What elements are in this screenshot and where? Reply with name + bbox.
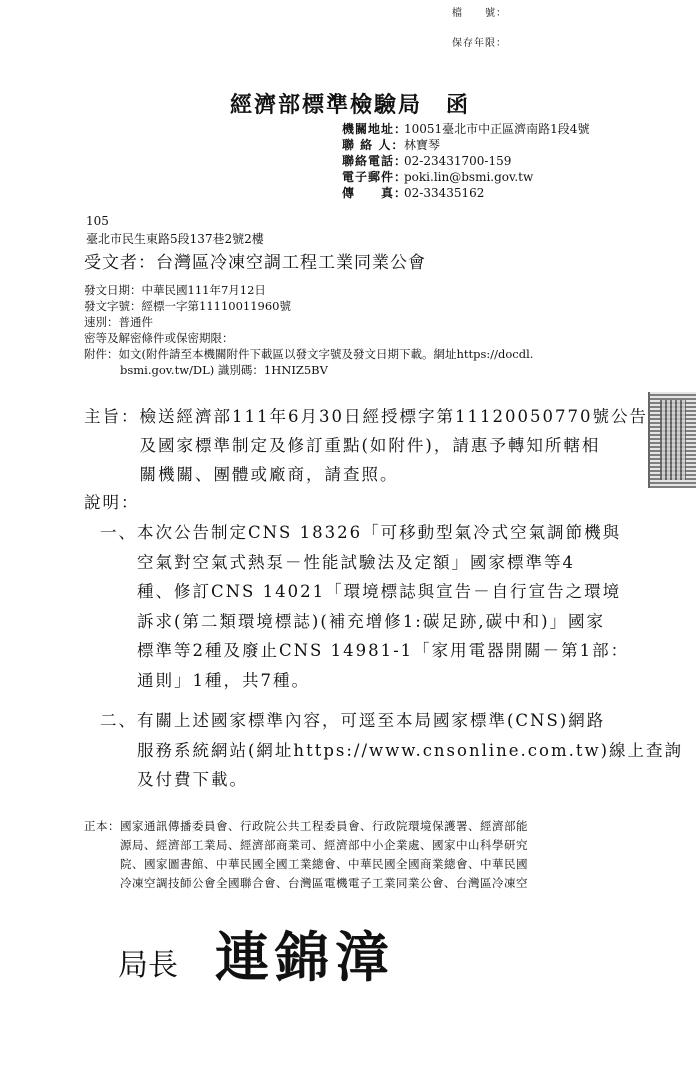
sender-contact-value: 林寶琴: [404, 137, 440, 153]
subject-section: 主旨： 檢送經濟部111年6月30日經授標字第11120050770號公告 及國…: [84, 402, 648, 489]
subject-line-3: 關機關、團體或廠商，請查照。: [140, 460, 648, 489]
seal-stamp-image: [648, 392, 696, 488]
carbon-copy-line: 源局、經濟部工業局、經濟部商業司、經濟部中小企業處、國家中山科學研究: [120, 836, 528, 855]
sender-contact: 聯 絡 人：林寶琴: [342, 137, 589, 153]
signatory-name: 連錦漳: [215, 915, 395, 992]
sender-email: 電子郵件：poki.lin@bsmi.gov.tw: [342, 169, 589, 185]
archive-number-label: 檔 號：: [452, 4, 507, 19]
explanation-item-1-line: 標準等2種及廢止CNS 14981-1「家用電器開關－第1部：: [137, 636, 629, 666]
signatory-title: 局長: [118, 940, 178, 984]
security-level: 密等及解密條件或保密期限：: [84, 330, 533, 346]
sender-address-value: 10051臺北市中正區濟南路1段4號: [404, 121, 589, 137]
sender-contact-label: 聯 絡 人：: [342, 137, 404, 153]
sender-fax-label: 傳 真：: [342, 185, 404, 201]
explanation-item-2-number: 二、: [100, 706, 137, 795]
document-number: 發文字號：經標一字第11110011960號: [84, 298, 533, 314]
explanation-item-2-line: 服務系統網站(網址https://www.cnsonline.com.tw)線上…: [137, 736, 683, 766]
recipient-address: 臺北市民生東路5段137巷2號2樓: [86, 230, 264, 247]
recipient-line: 受文者：台灣區冷凍空調工程工業同業公會: [84, 248, 426, 273]
issue-date: 發文日期：中華民國111年7月12日: [84, 282, 533, 298]
sender-address: 機關地址：10051臺北市中正區濟南路1段4號: [342, 121, 589, 137]
explanation-item-1-line: 訴求(第二類環境標誌)(補充增修1:碳足跡,碳中和)」國家: [137, 607, 629, 637]
retention-period-label: 保存年限：: [452, 34, 507, 49]
sender-phone-value: 02-23431700-159: [404, 153, 511, 169]
subject-line-1: 檢送經濟部111年6月30日經授標字第11120050770號公告: [140, 402, 648, 431]
attachment-line-2: bsmi.gov.tw/DL) 識別碼：1HNIZ5BV: [84, 362, 533, 378]
carbon-copy-line: 冷凍空調技師公會全國聯合會、台灣區電機電子工業同業公會、台灣區冷凍空: [120, 874, 528, 893]
sender-email-label: 電子郵件：: [342, 169, 404, 185]
attachment-line-1: 附件：如文(附件請至本機關附件下載區以發文字號及發文日期下載。網址https:/…: [84, 346, 533, 362]
explanation-item-1-line: 種、修訂CNS 14021「環境標誌與宣告－自行宣告之環境: [137, 577, 629, 607]
carbon-copy-line: 國家通訊傳播委員會、行政院公共工程委員會、行政院環境保護署、經濟部能: [120, 817, 528, 836]
subject-label: 主旨：: [84, 402, 140, 489]
explanation-item-2: 二、 有關上述國家標準內容，可逕至本局國家標準(CNS)網路 服務系統網站(網址…: [100, 706, 683, 795]
sender-phone: 聯絡電話：02-23431700-159: [342, 153, 589, 169]
sender-phone-label: 聯絡電話：: [342, 153, 404, 169]
explanation-item-1-line: 本次公告制定CNS 18326「可移動型氣冷式空氣調節機與: [137, 518, 629, 548]
recipient-label: 受文者：: [84, 253, 156, 273]
sender-info: 機關地址：10051臺北市中正區濟南路1段4號 聯 絡 人：林寶琴 聯絡電話：0…: [342, 121, 589, 201]
sender-email-value: poki.lin@bsmi.gov.tw: [404, 169, 533, 185]
document-meta: 發文日期：中華民國111年7月12日 發文字號：經標一字第11110011960…: [84, 282, 533, 378]
carbon-copy-label: 正本：: [84, 817, 120, 893]
subject-line-2: 及國家標準制定及修訂重點(如附件)，請惠予轉知所轄相: [140, 431, 648, 460]
explanation-item-2-line: 有關上述國家標準內容，可逕至本局國家標準(CNS)網路: [137, 706, 683, 736]
sender-fax: 傳 真：02-33435162: [342, 185, 589, 201]
sender-fax-value: 02-33435162: [404, 185, 484, 201]
delivery-speed: 速別：普通件: [84, 314, 533, 330]
explanation-item-1: 一、 本次公告制定CNS 18326「可移動型氣冷式空氣調節機與 空氣對空氣式熱…: [100, 518, 629, 695]
carbon-copy-section: 正本： 國家通訊傳播委員會、行政院公共工程委員會、行政院環境保護署、經濟部能 源…: [84, 817, 528, 893]
recipient-name: 台灣區冷凍空調工程工業同業公會: [156, 253, 426, 273]
recipient-postal-code: 105: [86, 214, 109, 228]
explanation-item-1-line: 空氣對空氣式熱泵－性能試驗法及定額」國家標準等4: [137, 548, 629, 578]
sender-address-label: 機關地址：: [342, 121, 404, 137]
explanation-label: 說明：: [84, 489, 140, 513]
explanation-item-1-line: 通則」1種，共7種。: [137, 666, 629, 696]
explanation-item-1-number: 一、: [100, 518, 137, 695]
explanation-item-2-line: 及付費下載。: [137, 765, 683, 795]
carbon-copy-line: 院、國家圖書館、中華民國全國工業總會、中華民國全國商業總會、中華民國: [120, 855, 528, 874]
document-title: 經濟部標準檢驗局 函: [230, 88, 470, 119]
